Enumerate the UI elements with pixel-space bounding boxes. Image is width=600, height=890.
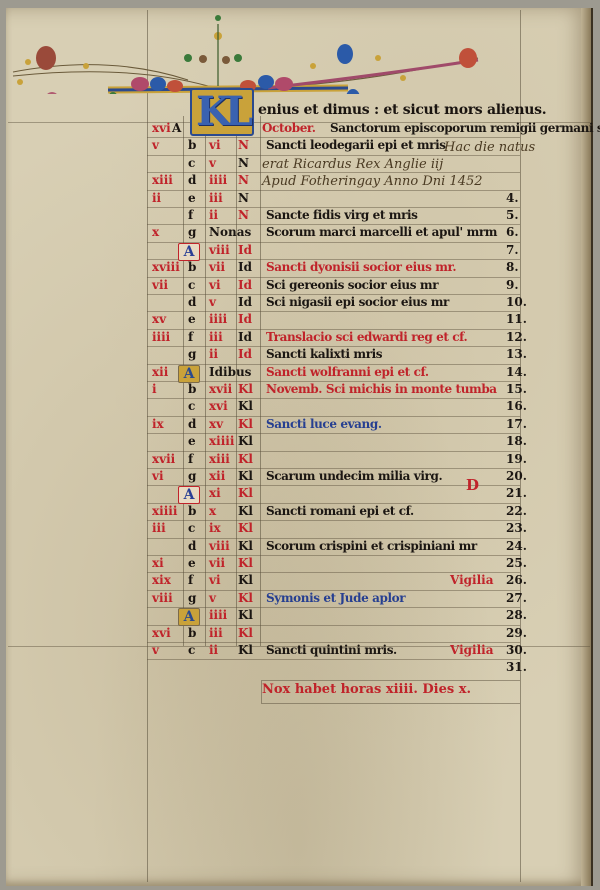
feast-text: Translacio sci edwardi reg et cf.: [266, 329, 467, 346]
dominical-letter: A: [172, 120, 181, 137]
calendar-row: cxviKl16.: [0, 398, 600, 415]
feast-text: Sancte fidis virg et mris: [266, 207, 418, 224]
roman-day-count: iii: [209, 329, 223, 346]
calendar-row: xgNonasScorum marci marcelli et apul' mr…: [0, 224, 600, 241]
roman-day-count: vi: [209, 572, 221, 589]
vigil-label: Vigilia: [450, 642, 494, 659]
feast-text: Sci nigasii epi socior eius mr: [266, 294, 449, 311]
day-of-month: 17.: [506, 416, 527, 433]
roman-term: Kl: [238, 538, 253, 555]
roman-day-count: iiii: [209, 172, 227, 189]
calendar-row: dviiiKlScorum crispini et crispiniani mr…: [0, 538, 600, 555]
day-of-month: 27.: [506, 590, 527, 607]
calendar-row: vigxiiKlScarum undecim milia virg.20.: [0, 468, 600, 485]
day-of-month: 22.: [506, 503, 527, 520]
day-of-month: 29.: [506, 625, 527, 642]
dominical-letter: b: [188, 259, 196, 276]
day-of-month: 25.: [506, 555, 527, 572]
golden-number: xix: [152, 572, 171, 589]
feast-text: Sancti quintini mris.: [266, 642, 397, 659]
dominical-letter: d: [188, 538, 196, 555]
calendar-verse: enius et dimus : et sicut mors alienus.: [258, 102, 546, 118]
dominical-letter: d: [188, 294, 196, 311]
vigil-label: Vigilia: [450, 572, 494, 589]
feast-text: Sci gereonis socior eius mr: [266, 277, 438, 294]
roman-day-count: iiii: [209, 607, 227, 624]
dominical-letter-initial: A: [178, 608, 200, 626]
dominical-letter: c: [188, 642, 195, 659]
day-of-month: 7.: [506, 242, 519, 259]
feast-text: Scorum crispini et crispiniani mr: [266, 538, 477, 555]
calendar-row: xviifxiiiKl19.: [0, 451, 600, 468]
calendar-row: AxiKl21.: [0, 485, 600, 502]
calendar-row: xiiAIdibusSancti wolfranni epi et cf.14.: [0, 364, 600, 381]
day-of-month: 24.: [506, 538, 527, 555]
red-letter-mark: D: [466, 476, 479, 494]
feast-text: Sancti leodegarii epi et mris: [266, 137, 446, 154]
day-of-month: 6.: [506, 224, 519, 241]
night-day-hours-note: Nox habet horas xiiii. Dies x.: [262, 682, 471, 697]
calendar-row: iieiiiN4.: [0, 190, 600, 207]
roman-term: N: [238, 155, 249, 172]
roman-term: Kl: [238, 520, 253, 537]
dominical-letter: b: [188, 381, 196, 398]
roman-term: Id: [238, 294, 252, 311]
golden-number: v: [152, 642, 159, 659]
roman-term: Id: [238, 311, 252, 328]
golden-number: iii: [152, 520, 166, 537]
roman-day-count: v: [209, 590, 216, 607]
calendar-row: xieviiKl25.: [0, 555, 600, 572]
day-of-month: 10.: [506, 294, 527, 311]
roman-term: Id: [238, 346, 252, 363]
feast-text: Sancti dyonisii socior eius mr.: [266, 259, 456, 276]
dominical-letter: b: [188, 625, 196, 642]
roman-day-count: ii: [209, 346, 218, 363]
golden-number: v: [152, 137, 159, 154]
roman-term: Kl: [238, 398, 253, 415]
dominical-letter-initial: A: [178, 243, 200, 261]
day-of-month: 5.: [506, 207, 519, 224]
day-of-month: 13.: [506, 346, 527, 363]
roman-term: Id: [238, 277, 252, 294]
feast-text: Sancti kalixti mris: [266, 346, 382, 363]
roman-term: Kl: [238, 572, 253, 589]
feast-text: Sanctorum episcoporum remigii germani so…: [330, 120, 600, 137]
golden-number: xvi: [152, 625, 171, 642]
golden-number: vii: [152, 277, 168, 294]
day-of-month: 19.: [506, 451, 527, 468]
day-of-month: 18.: [506, 433, 527, 450]
foliate-border-decoration: [8, 14, 508, 94]
roman-term: Kl: [238, 607, 253, 624]
golden-number: ii: [152, 190, 161, 207]
roman-term: N: [238, 137, 249, 154]
roman-term: Kl: [238, 433, 253, 450]
calendar-row: iiiifiiiIdTranslacio sci edwardi reg et …: [0, 329, 600, 346]
roman-day-count: v: [209, 155, 216, 172]
roman-day-count: vi: [209, 137, 221, 154]
roman-day-count: xvii: [209, 381, 232, 398]
golden-number: i: [152, 381, 157, 398]
dominical-letter: f: [188, 329, 193, 346]
month-heading: October.: [262, 120, 316, 137]
roman-day-count: vii: [209, 555, 225, 572]
golden-number: xvii: [152, 451, 175, 468]
dominical-letter: e: [188, 433, 196, 450]
golden-number: xvi: [152, 120, 171, 137]
roman-term: Kl: [238, 555, 253, 572]
roman-term: Kl: [238, 642, 253, 659]
feast-text: Sancti wolfranni epi et cf.: [266, 364, 429, 381]
golden-number: xiii: [152, 172, 173, 189]
dominical-letter: b: [188, 137, 196, 154]
dominical-letter: f: [188, 451, 193, 468]
dominical-letter-initial: A: [178, 486, 200, 504]
calendar-row: AviiiId7.: [0, 242, 600, 259]
golden-number: iiii: [152, 329, 170, 346]
roman-day-count: Nonas: [209, 224, 251, 241]
roman-day-count: xv: [209, 416, 223, 433]
roman-term: Kl: [238, 590, 253, 607]
roman-day-count: xi: [209, 485, 221, 502]
feast-text: Scorum marci marcelli et apul' mrm: [266, 224, 497, 241]
day-of-month: 11.: [506, 311, 527, 328]
roman-day-count: iiii: [209, 311, 227, 328]
roman-day-count: xiiii: [209, 433, 234, 450]
roman-term: N: [238, 207, 249, 224]
roman-term: Kl: [238, 468, 253, 485]
dominical-letter: e: [188, 555, 196, 572]
calendar-row: 31.: [0, 659, 600, 676]
feast-text: Scarum undecim milia virg.: [266, 468, 442, 485]
marginal-annotation-line-1: Hac die natus: [444, 140, 535, 155]
calendar-row: xveiiiiId11.: [0, 311, 600, 328]
calendar-row: fiiNSancte fidis virg et mris5.: [0, 207, 600, 224]
roman-term: Id: [238, 329, 252, 346]
dominical-letter: g: [188, 468, 196, 485]
dominical-letter: c: [188, 155, 195, 172]
calendar-row: xviAOctober.Sanctorum episcoporum remigi…: [0, 120, 600, 137]
calendar-row: viiigvKlSymonis et Jude aplor27.: [0, 590, 600, 607]
roman-day-count: xvi: [209, 398, 228, 415]
roman-term: Kl: [238, 485, 253, 502]
roman-day-count: ix: [209, 520, 221, 537]
dominical-letter: c: [188, 520, 195, 537]
day-of-month: 31.: [506, 659, 527, 676]
day-of-month: 12.: [506, 329, 527, 346]
day-of-month: 26.: [506, 572, 527, 589]
roman-day-count: iii: [209, 625, 223, 642]
dominical-letter: e: [188, 190, 196, 207]
dominical-letter: d: [188, 172, 196, 189]
dominical-letter: c: [188, 277, 195, 294]
day-of-month: 16.: [506, 398, 527, 415]
calendar-row: viicviIdSci gereonis socior eius mr9.: [0, 277, 600, 294]
golden-number: xii: [152, 364, 168, 381]
dominical-letter: b: [188, 503, 196, 520]
calendar-row: xviiibviiIdSancti dyonisii socior eius m…: [0, 259, 600, 276]
golden-number: xv: [152, 311, 166, 328]
calendar-row: xiiiibxKlSancti romani epi et cf.22.: [0, 503, 600, 520]
calendar-row: ixdxvKlSancti luce evang.17.: [0, 416, 600, 433]
day-of-month: 28.: [506, 607, 527, 624]
roman-term: N: [238, 172, 249, 189]
calendar-row: giiIdSancti kalixti mris13.: [0, 346, 600, 363]
golden-number: xi: [152, 555, 164, 572]
roman-day-count: xii: [209, 468, 225, 485]
roman-term: Id: [238, 242, 252, 259]
dominical-letter: d: [188, 416, 196, 433]
golden-number: x: [152, 224, 159, 241]
golden-number: ix: [152, 416, 164, 433]
calendar-row: vciiKlSancti quintini mris.Vigilia30.: [0, 642, 600, 659]
roman-term: Id: [238, 259, 252, 276]
dominical-letter: c: [188, 398, 195, 415]
dominical-letter: f: [188, 207, 193, 224]
golden-number: xviii: [152, 259, 180, 276]
roman-term: Kl: [238, 503, 253, 520]
day-of-month: 8.: [506, 259, 519, 276]
day-of-month: 30.: [506, 642, 527, 659]
roman-day-count: vii: [209, 259, 225, 276]
roman-term: Kl: [238, 416, 253, 433]
roman-day-count: viii: [209, 538, 230, 555]
marginal-annotation-line-3: Apud Fotheringay Anno Dni 1452: [262, 174, 483, 189]
day-of-month: 23.: [506, 520, 527, 537]
day-of-month: 15.: [506, 381, 527, 398]
day-of-month: 21.: [506, 485, 527, 502]
feast-text: Sancti luce evang.: [266, 416, 382, 433]
dominical-letter: g: [188, 346, 196, 363]
roman-day-count: Idibus: [209, 364, 251, 381]
roman-day-count: v: [209, 294, 216, 311]
dominical-letter: e: [188, 311, 196, 328]
calendar-row: ibxviiKlNovemb. Sci michis in monte tumb…: [0, 381, 600, 398]
dominical-letter: f: [188, 572, 193, 589]
dominical-letter-initial: A: [178, 365, 200, 383]
dominical-letter: g: [188, 590, 196, 607]
calendar-row: iiicixKl23.: [0, 520, 600, 537]
roman-day-count: ii: [209, 207, 218, 224]
day-of-month: 14.: [506, 364, 527, 381]
calendar-row: exiiiiKl18.: [0, 433, 600, 450]
calendar-row: xixfviKlVigilia26.: [0, 572, 600, 589]
calendar-row: xvibiiiKl29.: [0, 625, 600, 642]
golden-number: vi: [152, 468, 164, 485]
golden-number: xiiii: [152, 503, 177, 520]
calendar-row: dvIdSci nigasii epi socior eius mr10.: [0, 294, 600, 311]
roman-day-count: xiii: [209, 451, 230, 468]
roman-term: Kl: [238, 625, 253, 642]
feast-text: Symonis et Jude aplor: [266, 590, 405, 607]
day-of-month: 4.: [506, 190, 519, 207]
day-of-month: 9.: [506, 277, 519, 294]
roman-day-count: iii: [209, 190, 223, 207]
roman-day-count: vi: [209, 277, 221, 294]
roman-term: N: [238, 190, 249, 207]
calendar-row: AiiiiKl28.: [0, 607, 600, 624]
feast-text: Sancti romani epi et cf.: [266, 503, 414, 520]
dominical-letter: g: [188, 224, 196, 241]
roman-term: Kl: [238, 451, 253, 468]
golden-number: viii: [152, 590, 173, 607]
roman-day-count: viii: [209, 242, 230, 259]
roman-day-count: ii: [209, 642, 218, 659]
day-of-month: 20.: [506, 468, 527, 485]
feast-text: Novemb. Sci michis in monte tumba: [266, 381, 497, 398]
marginal-annotation-line-2: erat Ricardus Rex Anglie iij: [262, 157, 443, 172]
roman-day-count: x: [209, 503, 216, 520]
roman-term: Kl: [238, 381, 253, 398]
